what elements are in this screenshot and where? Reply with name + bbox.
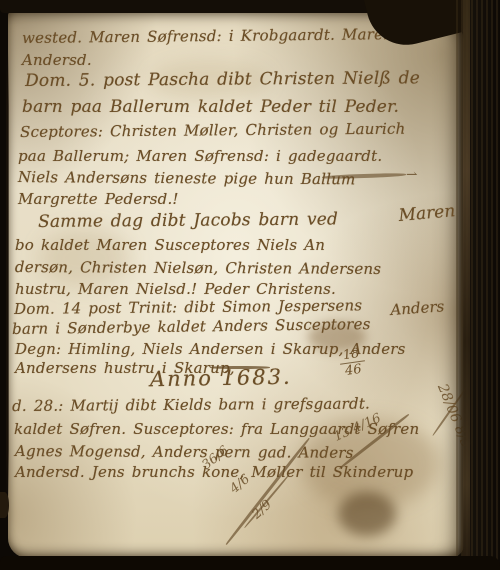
fraction-denominator: 46 [340, 360, 366, 378]
manuscript-line: Andersd. [22, 52, 92, 69]
margin-note-anders: Anders [390, 299, 445, 318]
manuscript-line: hustru, Maren Nielsd.! Peder Christens. [15, 281, 336, 298]
manuscript-line: barn paa Ballerum kaldet Peder til Peder… [22, 98, 399, 117]
manuscript-line: Dom. 5. post Pascha dibt Christen Nielß … [25, 69, 420, 90]
manuscript-line: Margrette Pedersd.! [18, 191, 179, 208]
manuscript-line: Dom. 14 post Trinit: dibt Simon Jesperse… [14, 297, 362, 317]
strike-hook: ⇀ [406, 168, 418, 182]
manuscript-line: dersøn, Christen Nielsøn, Christen Ander… [15, 259, 381, 277]
binding-streak [463, 0, 470, 570]
page-edge-left [6, 52, 9, 504]
manuscript-line: d. 28.: Martij dibt Kields barn i grefsg… [12, 396, 370, 415]
manuscript-photo: 12. wested. Maren Søfrensd: i Krobgaardt… [0, 0, 500, 570]
page-edge-notch [0, 492, 9, 518]
anno-heading: Anno 1683. [150, 367, 292, 390]
manuscript-line: wested. Maren Søfrensd: i Krobgaardt. Ma… [22, 26, 393, 46]
manuscript-line: Niels Andersøns tieneste pige hun Ballum [18, 169, 356, 188]
manuscript-line: bo kaldet Maren Susceptores Niels An [15, 237, 325, 254]
photo-edge-bottom [0, 556, 500, 570]
manuscript-line: Samme dag dibt Jacobs barn ved [38, 210, 338, 231]
margin-note-maren: Maren [398, 203, 456, 225]
manuscript-line: Sceptores: Christen Møller, Christen og … [20, 121, 406, 141]
manuscript-line: paa Ballerum; Maren Søfrensd: i gadegaar… [18, 148, 382, 165]
fraction-note: 18 46 [338, 346, 366, 378]
